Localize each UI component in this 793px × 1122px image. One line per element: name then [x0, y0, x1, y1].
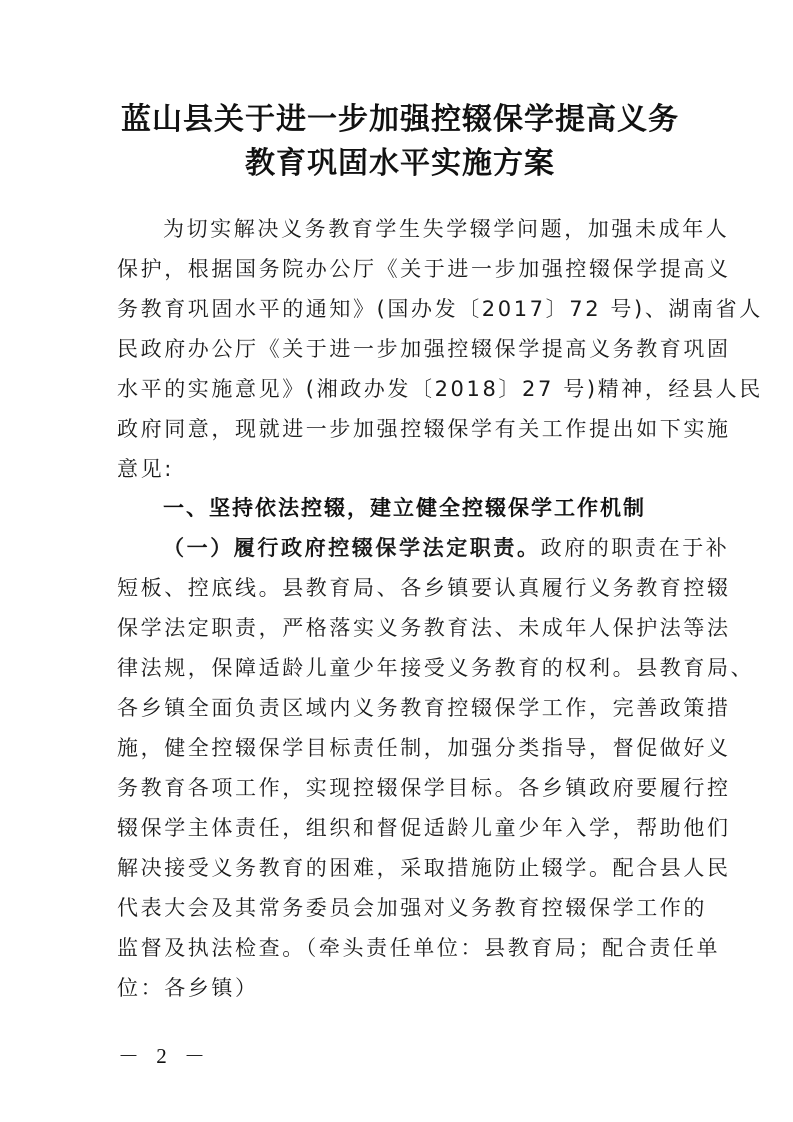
subsection-paragraph-line: 保学法定职责，严格落实义务教育法、未成年人保护法等法 — [117, 613, 677, 643]
document-title-line-2: 教育巩固水平实施方案 — [100, 142, 700, 186]
intro-paragraph-line: 意见: — [117, 454, 677, 484]
subsection-paragraph-line: 短板、控底线。县教育局、各乡镇要认真履行义务教育控辍 — [117, 573, 677, 603]
subsection-first-line: （一）履行政府控辍保学法定职责。政府的职责在于补 — [163, 533, 677, 563]
subsection-paragraph-line: 施，健全控辍保学目标责任制，加强分类指导，督促做好义 — [117, 733, 677, 763]
subsection-paragraph-line: 监督及执法检查。（牵头责任单位：县教育局；配合责任单 — [117, 933, 677, 963]
subsection-paragraph-line: 代表大会及其常务委员会加强对义务教育控辍保学工作的 — [117, 893, 677, 923]
intro-paragraph-line: 民政府办公厅《关于进一步加强控辍保学提高义务教育巩固 — [117, 334, 677, 364]
subsection-paragraph-line: 辍保学主体责任，组织和督促适龄儿童少年入学，帮助他们 — [117, 813, 677, 843]
intro-paragraph-line: 政府同意，现就进一步加强控辍保学有关工作提出如下实施 — [117, 414, 677, 444]
document-page: 蓝山县关于进一步加强控辍保学提高义务 教育巩固水平实施方案 为切实解决义务教育学… — [0, 0, 793, 1122]
subsection-paragraph-line: 各乡镇全面负责区域内义务教育控辍保学工作，完善政策措 — [117, 693, 677, 723]
section-heading: 一、坚持依法控辍，建立健全控辍保学工作机制 — [163, 493, 646, 523]
subsection-first-line-text: 政府的职责在于补 — [541, 536, 730, 560]
subsection-paragraph-line: 律法规，保障适龄儿童少年接受义务教育的权利。县教育局、 — [117, 653, 677, 683]
intro-paragraph-line: 务教育巩固水平的通知》(国办发〔2017〕72 号)、湖南省人 — [117, 294, 677, 324]
intro-paragraph-line: 保护，根据国务院办公厅《关于进一步加强控辍保学提高义 — [117, 254, 677, 284]
intro-paragraph-line: 为切实解决义务教育学生失学辍学问题，加强未成年人 — [163, 214, 677, 244]
document-title-line-1: 蓝山县关于进一步加强控辍保学提高义务 — [100, 98, 700, 142]
subsection-paragraph-line: 务教育各项工作，实现控辍保学目标。各乡镇政府要履行控 — [117, 773, 677, 803]
subsection-paragraph-line: 解决接受义务教育的困难，采取措施防止辍学。配合县人民 — [117, 853, 677, 883]
page-number: － 2 － — [118, 1040, 211, 1070]
intro-paragraph-line: 水平的实施意见》(湘政办发〔2018〕27 号)精神，经县人民 — [117, 374, 677, 404]
subsection-paragraph-line: 位：各乡镇） — [117, 973, 677, 1003]
subsection-heading: （一）履行政府控辍保学法定职责。 — [163, 535, 541, 560]
